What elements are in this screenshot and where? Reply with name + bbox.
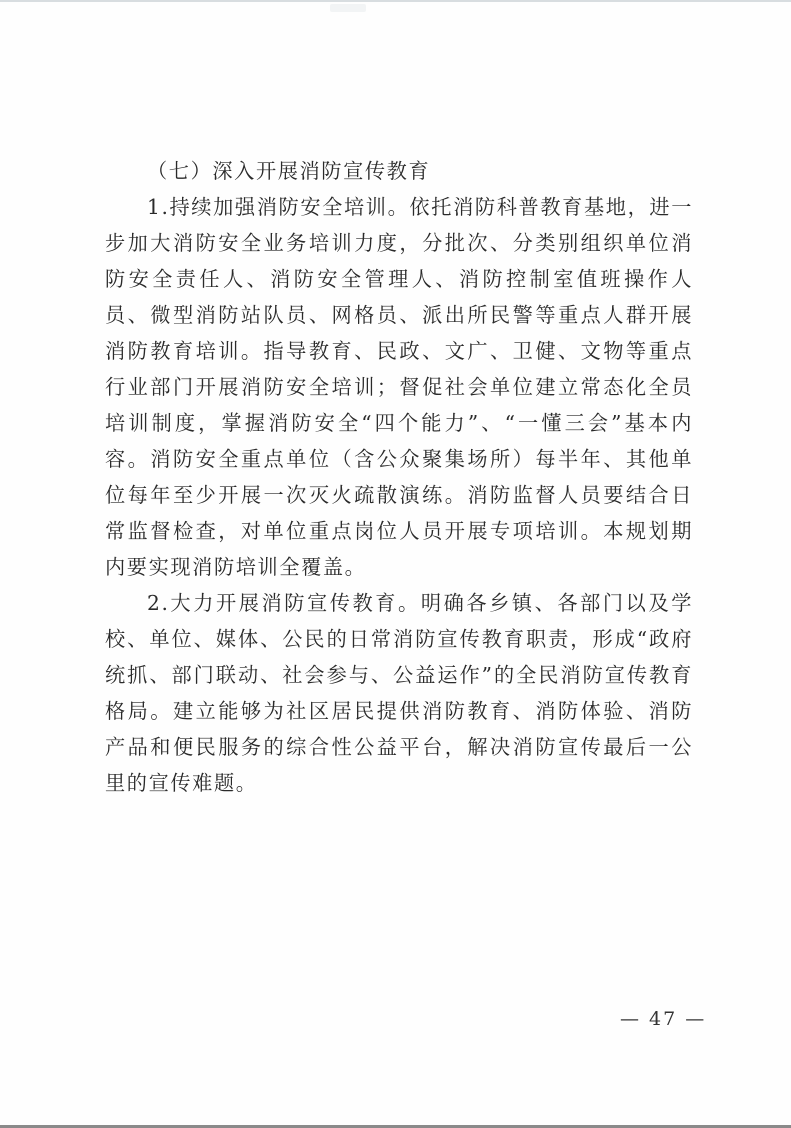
document-body: （七）深入开展消防宣传教育 1.持续加强消防安全培训。依托消防科普教育基地，进一…: [105, 153, 693, 801]
section-heading: （七）深入开展消防宣传教育: [105, 153, 693, 189]
scan-artifact: [330, 4, 366, 12]
document-page: （七）深入开展消防宣传教育 1.持续加强消防安全培训。依托消防科普教育基地，进一…: [0, 0, 791, 1128]
page-number: — 47 —: [620, 1008, 706, 1030]
paragraph-2: 2.大力开展消防宣传教育。明确各乡镇、各部门以及学校、单位、媒体、公民的日常消防…: [105, 585, 693, 801]
paragraph-1: 1.持续加强消防安全培训。依托消防科普教育基地，进一步加大消防安全业务培训力度，…: [105, 189, 693, 585]
scan-top-edge: [0, 0, 791, 2]
